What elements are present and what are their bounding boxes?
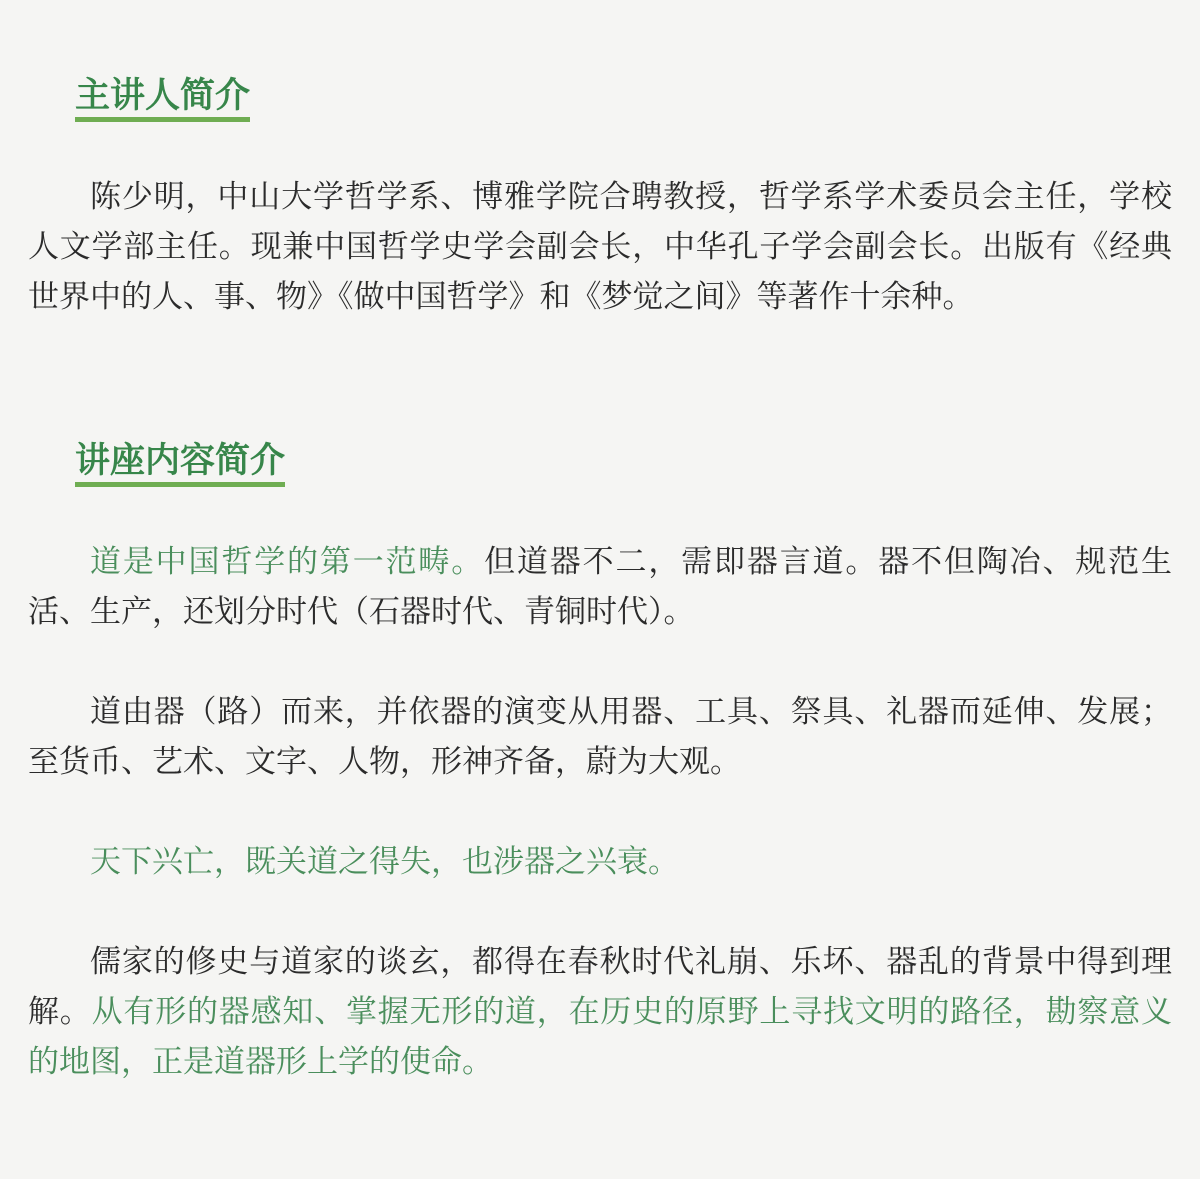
lecture-paragraph-3: 天下兴亡，既关道之得失，也涉器之兴衰。 [28,837,1172,887]
section-title-lecture: 讲座内容简介 [75,440,1172,487]
section-lecture-intro: 讲座内容简介 道是中国哲学的第一范畴。但道器不二，需即器言道。器不但陶冶、规范生… [28,440,1172,1087]
article-page: 主讲人简介 陈少明，中山大学哲学系、博雅学院合聘教授，哲学系学术委员会主任，学校… [0,0,1200,1179]
text-run: 道由器（路）而来，并依器的演变从用器、工具、祭具、礼器而延伸、发展；至货币、艺术… [28,694,1172,779]
text-run: 陈少明，中山大学哲学系、博雅学院合聘教授，哲学系学术委员会主任，学校人文学部主任… [28,179,1172,314]
lecture-paragraph-1: 道是中国哲学的第一范畴。但道器不二，需即器言道。器不但陶冶、规范生活、生产，还划… [28,537,1172,637]
section-speaker-intro: 主讲人简介 陈少明，中山大学哲学系、博雅学院合聘教授，哲学系学术委员会主任，学校… [28,75,1172,322]
lecture-paragraph-2: 道由器（路）而来，并依器的演变从用器、工具、祭具、礼器而延伸、发展；至货币、艺术… [28,687,1172,787]
text-run-green: 天下兴亡，既关道之得失，也涉器之兴衰。 [90,844,679,879]
section-title-lecture-label: 讲座内容简介 [75,440,285,487]
text-run-green: 道是中国哲学的第一范畴。 [90,544,484,579]
text-run-green: 从有形的器感知、掌握无形的道，在历史的原野上寻找文明的路径，勘察意义的地图，正是… [28,994,1172,1079]
section-title-speaker: 主讲人简介 [75,75,1172,122]
section-title-speaker-label: 主讲人简介 [75,75,250,122]
lecture-paragraph-4: 儒家的修史与道家的谈玄，都得在春秋时代礼崩、乐坏、器乱的背景中得到理解。从有形的… [28,937,1172,1087]
speaker-bio-paragraph: 陈少明，中山大学哲学系、博雅学院合聘教授，哲学系学术委员会主任，学校人文学部主任… [28,172,1172,322]
